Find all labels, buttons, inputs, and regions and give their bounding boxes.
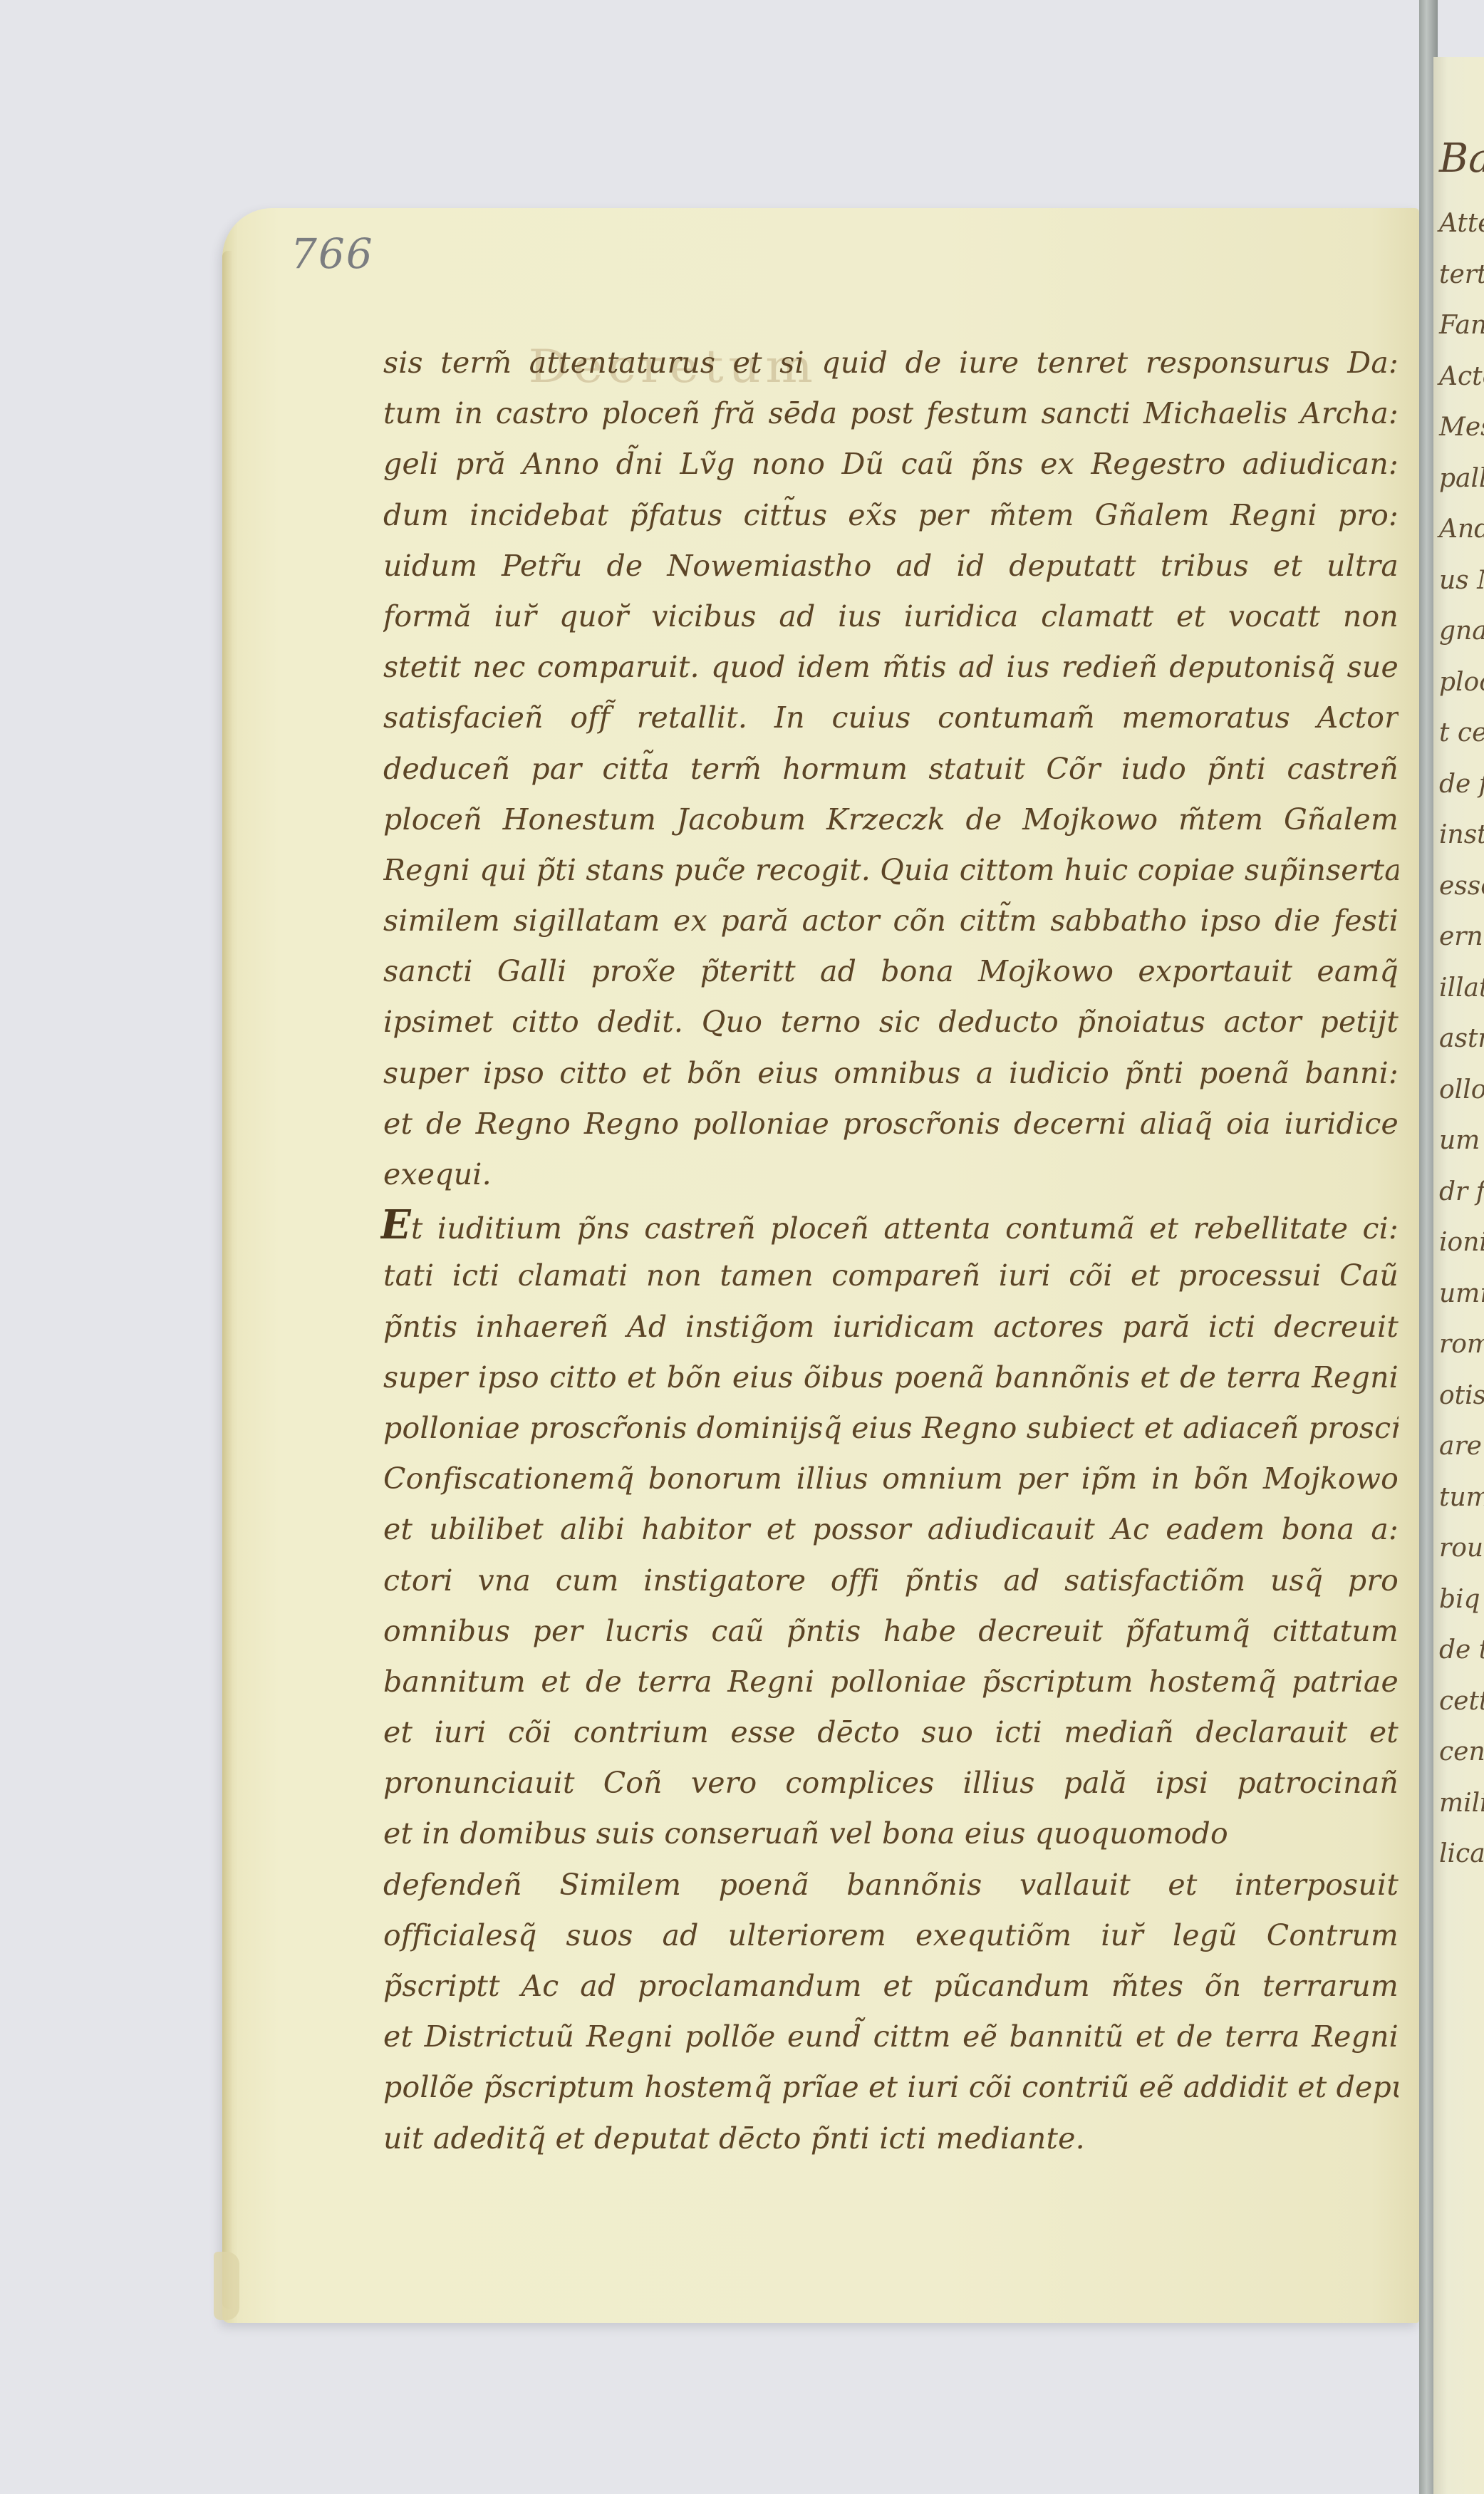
facing-page-line: tertius (1439, 249, 1484, 301)
facing-page-line: illat (1439, 963, 1484, 1014)
manuscript-line: p̃scriptt Ac ad proclamandum et pũcandu… (383, 1961, 1399, 2012)
manuscript-line: uidum Petr̃u de Nowemiastho ad id deputa… (383, 541, 1399, 591)
manuscript-line: super ipso citto et bõn eius omnibus a … (383, 1048, 1399, 1099)
manuscript-line: tati icti clamati non tamen compareñ iu… (383, 1251, 1399, 1301)
facing-page-line: ollomi (1439, 1065, 1484, 1116)
facing-page-line: ceno (1439, 1727, 1484, 1778)
manuscript-line: officialesq̃ suos ad ulteriorem exequtio… (383, 1910, 1399, 1961)
facing-page-line: are p (1439, 1421, 1484, 1472)
page-corner-damage (214, 2252, 239, 2320)
facing-page: Ba AttentertiusFaniActor inMesczhpallatA… (1433, 57, 1484, 2494)
manuscript-line: pronunciauit Coñ vero complices illius … (383, 1758, 1399, 1809)
manuscript-line: Confiscationemq̃ bonorum illius omnium p… (383, 1454, 1399, 1504)
manuscript-line: sancti Galli prox̃e p̃teritt ad bona Moj… (383, 946, 1399, 997)
manuscript-text-block: sis term̃ attentaturus et si quid de iur… (383, 338, 1399, 2164)
manuscript-line: uit adeditq̃ et deputat dēcto p̃nti icti… (383, 2113, 1399, 2164)
manuscript-line: Regni qui p̃ti stans puc̃e recogit. Quia… (383, 845, 1399, 896)
manuscript-line: dum incidebat p̃fatus citt̃us ex̃s per m… (383, 490, 1399, 541)
facing-page-line: pallat (1439, 453, 1484, 505)
facing-page-line: tume (1439, 1472, 1484, 1523)
facing-page-text: Ba AttentertiusFaniActor inMesczhpallatA… (1439, 120, 1484, 1880)
facing-page-line: astren (1439, 1013, 1484, 1065)
facing-page-line: instiga (1439, 809, 1484, 861)
facing-page-line: esse (1439, 861, 1484, 912)
manuscript-line: stetit nec comparuit. quod idem m̃tis ad… (383, 642, 1399, 693)
facing-page-line: de t (1439, 1625, 1484, 1676)
manuscript-line: defendeñ Similem poenã bannõnis valla… (383, 1860, 1399, 1910)
facing-page-line: gna fr (1439, 606, 1484, 657)
facing-page-line: dr fun (1439, 1166, 1484, 1218)
manuscript-line: polloniae proscr̃onis dominijsq̃ eius Re… (383, 1403, 1399, 1454)
manuscript-line: omnibus per lucris caũ p̃ntis habe decr… (383, 1606, 1399, 1657)
manuscript-line: super ipso citto et bõn eius õibus poe… (383, 1352, 1399, 1403)
facing-page-line: licani (1439, 1828, 1484, 1880)
manuscript-line: et Districtuũ Regni pollõe eund̃ cittm… (383, 2012, 1399, 2062)
facing-page-line: mili (1439, 1778, 1484, 1829)
facing-page-line: rout i (1439, 1523, 1484, 1574)
manuscript-line: bannitum et de terra Regni polloniae p̃s… (383, 1657, 1399, 1707)
facing-page-line: rom (1439, 1319, 1484, 1370)
facing-page-line: erno (1439, 911, 1484, 963)
manuscript-line: et in domibus suis conseruañ vel bona e… (383, 1809, 1399, 1859)
facing-page-line: Atten (1439, 198, 1484, 249)
manuscript-line: ipsimet citto dedit. Quo terno sic deduc… (383, 997, 1399, 1047)
facing-page-line: Fani (1439, 300, 1484, 351)
manuscript-line: tum in castro ploceñ fră sēda post fest… (383, 388, 1399, 439)
facing-page-line: de fi (1439, 759, 1484, 810)
manuscript-line: formă iur̆ quor̆ vicibus ad ius iuridica… (383, 591, 1399, 642)
manuscript-line: et iuri cõi contrium esse dēcto suo ict… (383, 1707, 1399, 1758)
facing-page-heading: Ba (1439, 120, 1484, 198)
manuscript-line: deduceñ par citt̃a term̃ hormum statuit… (383, 744, 1399, 795)
facing-page-line: ummec (1439, 1268, 1484, 1320)
manuscript-line: geli pră Anno d̃ni Lṽg nono Dũ caũ p̃n… (383, 439, 1399, 490)
manuscript-line: exequi. (383, 1149, 1399, 1200)
facing-page-line: Mesczh (1439, 402, 1484, 453)
facing-page-line: otisim (1439, 1370, 1484, 1422)
facing-page-line: um in (1439, 1115, 1484, 1166)
manuscript-line: et de Regno Regno polloniae proscr̃onis … (383, 1099, 1399, 1149)
manuscript-line: et ubilibet alibi habitor et possor adiu… (383, 1504, 1399, 1555)
manuscript-line: sis term̃ attentaturus et si quid de iur… (383, 338, 1399, 388)
facing-page-line: cettis (1439, 1676, 1484, 1727)
facing-page-line: us Ma (1439, 555, 1484, 606)
manuscript-line: ploceñ Honestum Jacobum Krzeczk de Mojk… (383, 795, 1399, 845)
manuscript-line: similem sigillatam ex pară actor cõn ci… (383, 896, 1399, 946)
facing-page-line: t cellu (1439, 708, 1484, 759)
manuscript-line: p̃ntis inhaereñ Ad instig̃om iuridicam … (383, 1302, 1399, 1352)
manuscript-line: satisfacieñ off̃ retallit. In cuius con… (383, 693, 1399, 743)
page-number: 766 (291, 229, 374, 278)
facing-page-line: ionis (1439, 1217, 1484, 1268)
facing-page-line: Actor in (1439, 351, 1484, 403)
facing-page-line: Andr f (1439, 504, 1484, 555)
manuscript-line: pollõe p̃scriptum hostemq̃ prĩae et iu… (383, 2062, 1399, 2113)
facing-page-line: plocen (1439, 657, 1484, 708)
facing-page-line: biq (1439, 1574, 1484, 1625)
manuscript-line: ctori vna cum instigatore offi p̃ntis ad… (383, 1556, 1399, 1606)
manuscript-line: Et iuditium p̃ns castreñ ploceñ attent… (380, 1200, 1399, 1251)
